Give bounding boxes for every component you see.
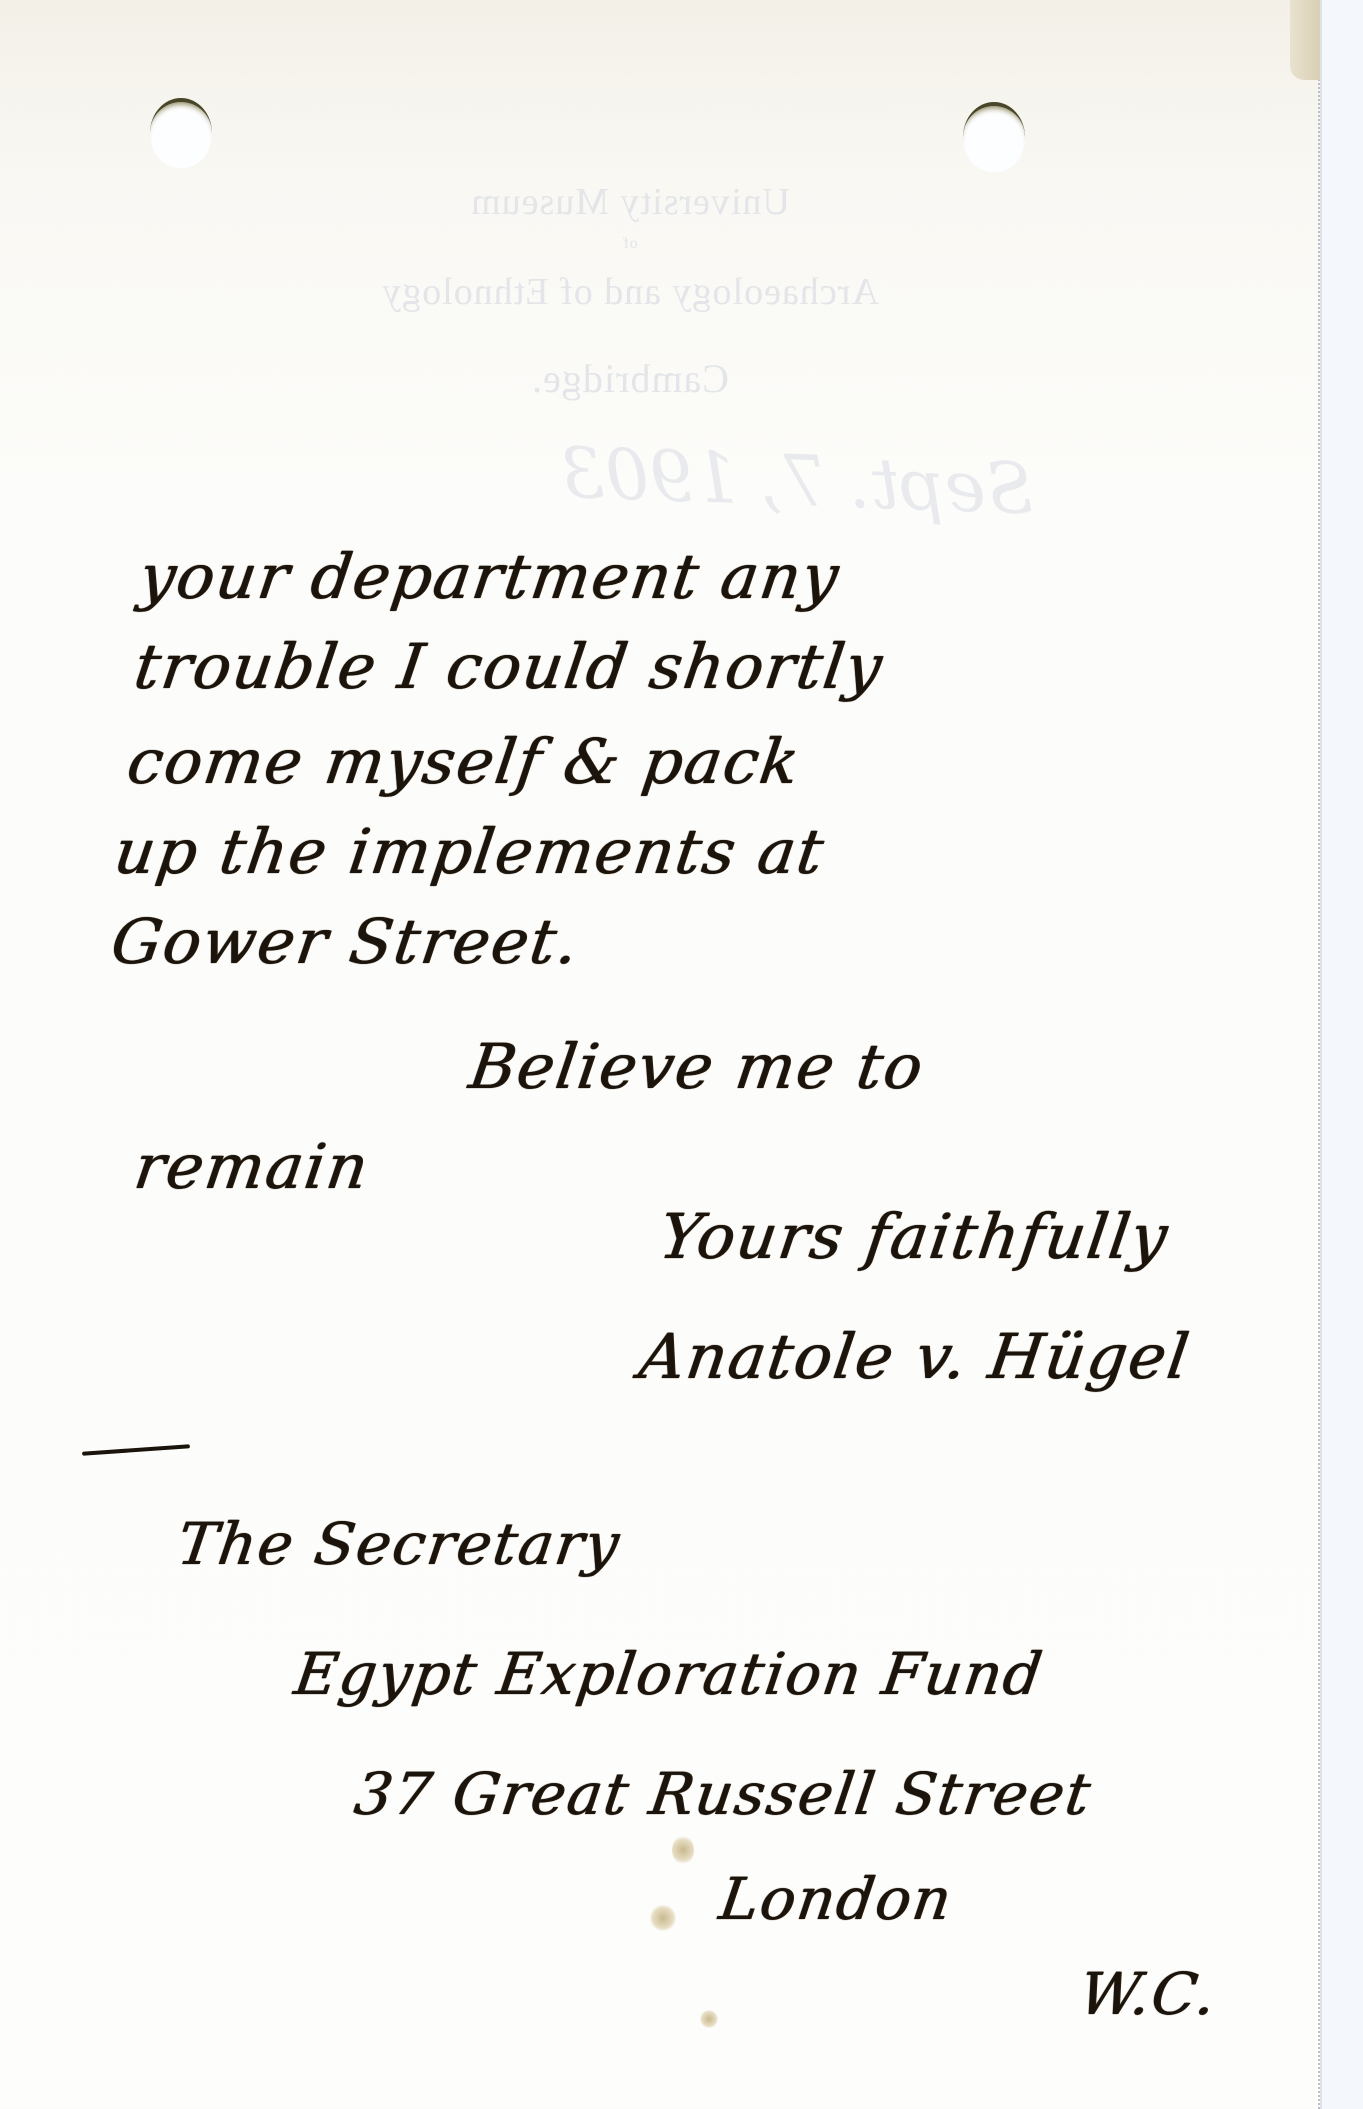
separator-dash xyxy=(82,1444,190,1456)
body-line-3: come myself & pack xyxy=(123,725,805,798)
letter-page: University Museum of Archaeology and of … xyxy=(0,0,1320,2109)
address-city: London xyxy=(715,1865,957,1933)
address-street: 37 Great Russell Street xyxy=(350,1760,1096,1828)
letterhead-ghost-line2: of xyxy=(600,235,660,253)
signature: Anatole v. Hügel xyxy=(635,1320,1195,1393)
closing-line-1: Believe me to xyxy=(465,1030,929,1103)
foxing-stain xyxy=(650,1905,676,1931)
letterhead-ghost-line1: University Museum xyxy=(420,180,840,224)
valediction: Yours faithfully xyxy=(655,1200,1173,1273)
foxing-stain xyxy=(700,2010,718,2028)
punch-hole-left xyxy=(150,98,212,168)
letterhead-ghost-line4: Cambridge. xyxy=(470,355,790,402)
address-organization: Egypt Exploration Fund xyxy=(290,1640,1047,1708)
foxing-stain xyxy=(672,1835,694,1865)
closing-line-2: remain xyxy=(130,1130,374,1203)
address-district: W.C. xyxy=(1075,1960,1221,2028)
letterhead-ghost-line3: Archaeology and of Ethnology xyxy=(290,270,970,314)
body-line-5: Gower Street. xyxy=(107,905,584,978)
body-line-4: up the implements at xyxy=(110,815,829,888)
body-line-2: trouble I could shortly xyxy=(130,630,888,703)
punch-hole-right xyxy=(963,102,1025,172)
date-ghost: Sept. 7, 1903 xyxy=(559,432,1036,530)
torn-corner xyxy=(1290,0,1320,80)
address-recipient: The Secretary xyxy=(173,1510,624,1578)
body-line-1: your department any xyxy=(135,540,844,613)
